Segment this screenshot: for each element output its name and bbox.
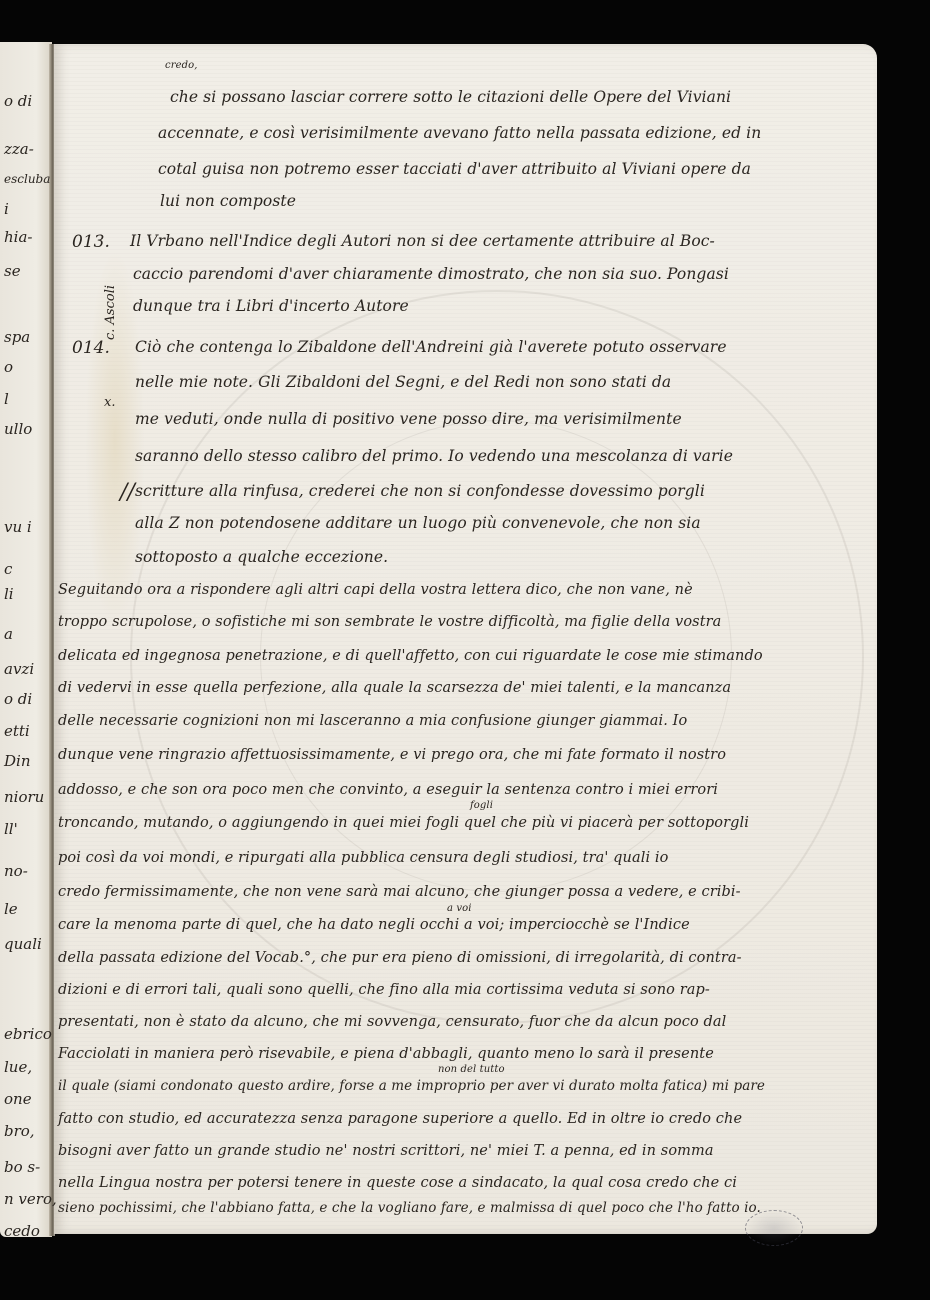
text-line: me veduti, onde nulla di positivo vene p… (135, 410, 682, 428)
text-line: Facciolati in maniera però risevabile, e… (58, 1046, 714, 1062)
fragment: ullo (4, 420, 32, 438)
text-line: bisogni aver fatto un grande studio ne' … (58, 1143, 714, 1159)
text-line: caccio parendomi d'aver chiaramente dimo… (133, 265, 729, 283)
fragment: a (4, 625, 13, 643)
fragment: avzi (4, 660, 34, 678)
text-line: fatto con studio, ed accuratezza senza p… (58, 1111, 742, 1127)
interlinear-insert: credo, (165, 60, 198, 71)
text-line: credo fermissimamente, che non vene sarà… (58, 884, 741, 900)
text-line: alla Z non potendosene additare un luogo… (135, 514, 701, 532)
text-line: nella Lingua nostra per potersi tenere i… (58, 1175, 737, 1191)
text-line: nelle mie note. Gli Zibaldoni del Segni,… (135, 373, 671, 391)
text-line: della passata edizione del Vocab.°, che … (58, 950, 742, 966)
text-line: Seguitando ora a rispondere agli altri c… (58, 582, 693, 598)
text-line: di vedervi in esse quella perfezione, al… (58, 680, 731, 696)
fragment: li (4, 585, 14, 603)
text-line: Il Vrbano nell'Indice degli Autori non s… (130, 232, 715, 250)
fragment: c (4, 560, 12, 578)
fragment: Din (4, 752, 30, 770)
fragment: o di (4, 690, 32, 708)
fragment: vu i (4, 518, 32, 536)
fragment: spa (4, 328, 30, 346)
text-line: che si possano lasciar correre sotto le … (170, 88, 731, 106)
fragment: le (4, 900, 18, 918)
interlinear-insert: fogli (470, 800, 493, 811)
fragment: bro, (4, 1122, 35, 1140)
text-line: dizioni e di errori tali, quali sono que… (58, 982, 710, 998)
fragment: hia- (4, 228, 32, 246)
fragment: ll' (4, 820, 18, 838)
fragment: zza- (4, 140, 34, 158)
text-line: cotal guisa non potremo esser tacciati d… (158, 160, 751, 178)
text-line: dunque tra i Libri d'incerto Autore (133, 297, 409, 315)
fragment: nioru (4, 788, 44, 806)
fragment: o (4, 358, 13, 376)
fragment: lue, (4, 1058, 32, 1076)
margin-note-vertical: c. Ascoli (103, 285, 118, 340)
text-line: sieno pochissimi, che l'abbiano fatta, e… (58, 1200, 761, 1216)
text-line: dunque vene ringrazio affettuosissimamen… (58, 747, 726, 763)
fragment: one (4, 1090, 32, 1108)
interlinear-insert: a voi (447, 903, 472, 914)
text-line: accennate, e così verisimilmente avevano… (158, 124, 761, 142)
text-line: troncando, mutando, o aggiungendo in que… (58, 815, 749, 831)
fragment: n vero, (4, 1190, 57, 1208)
fragment: i (4, 200, 9, 218)
interlinear-insert: non del tutto (438, 1064, 505, 1075)
fragment: etti (4, 722, 30, 740)
fragment: o di (4, 92, 32, 110)
text-line: delle necessarie cognizioni non mi lasce… (58, 713, 687, 729)
text-line: poi così da voi mondi, e ripurgati alla … (58, 850, 668, 866)
text-line: scritture alla rinfusa, crederei che non… (135, 482, 705, 500)
fragment: ebrico (4, 1025, 52, 1043)
fragment: no- (4, 862, 28, 880)
text-line: lui non composte (160, 192, 296, 210)
text-line: presentati, non è stato da alcuno, che m… (58, 1014, 726, 1030)
text-line: care la menoma parte di quel, che ha dat… (58, 917, 690, 933)
text-line: troppo scrupolose, o sofistiche mi son s… (58, 614, 721, 630)
text-line: sottoposto a qualche eccezione. (135, 548, 388, 566)
text-line: addosso, e che son ora poco men che conv… (58, 782, 718, 798)
text-line: il quale (siami condonato questo ardire,… (58, 1078, 765, 1094)
margin-mark: // (120, 480, 135, 505)
fragment: quali (4, 935, 42, 953)
margin-mark: x. (104, 395, 116, 410)
library-stamp (745, 1210, 803, 1246)
item-number: 014. (72, 338, 110, 358)
fragment: l (4, 390, 9, 408)
fragment: bo s- (4, 1158, 40, 1176)
fragment: cedo (4, 1222, 40, 1240)
text-line: delicata ed ingegnosa penetrazione, e di… (58, 648, 763, 664)
text-line: Ciò che contenga lo Zibaldone dell'Andre… (135, 338, 727, 356)
fragment: escluba (4, 172, 50, 186)
item-number: 013. (72, 232, 110, 252)
fragment: se (4, 262, 21, 280)
text-line: saranno dello stesso calibro del primo. … (135, 447, 733, 465)
